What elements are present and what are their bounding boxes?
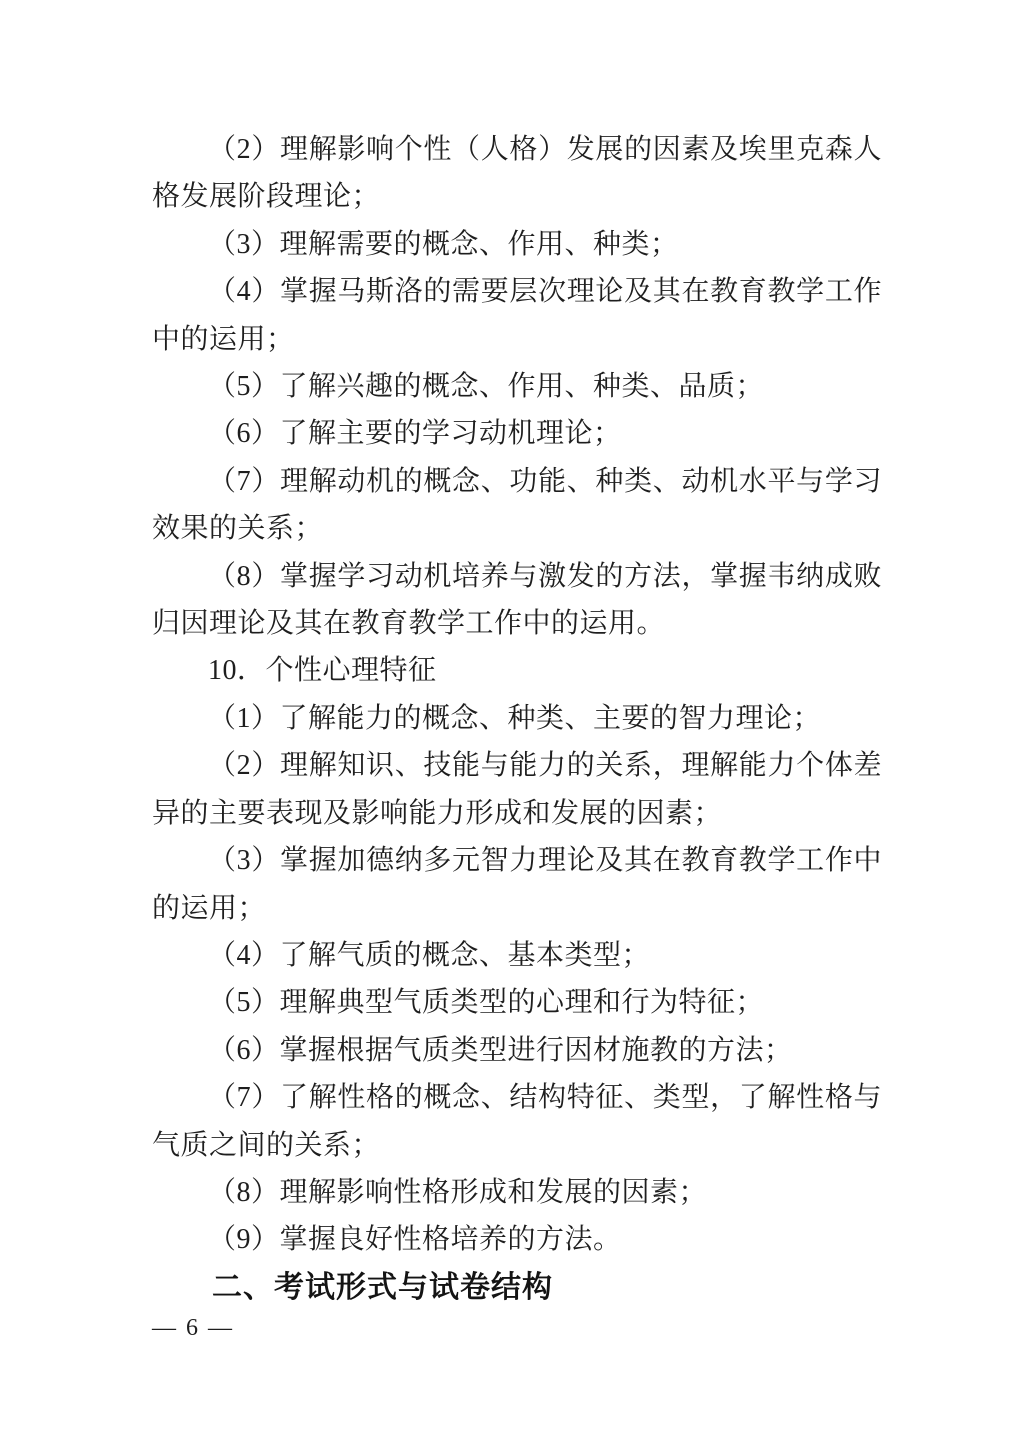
- page-number: — 6 —: [152, 1314, 234, 1342]
- paragraph: （3）理解需要的概念、作用、种类；: [152, 221, 882, 268]
- paragraph: （6）掌握根据气质类型进行因材施教的方法；: [152, 1027, 882, 1074]
- document-page: （2）理解影响个性（人格）发展的因素及埃里克森人格发展阶段理论；（3）理解需要的…: [0, 0, 1024, 1447]
- section-heading: 二、考试形式与试卷结构: [152, 1264, 882, 1311]
- paragraph: （3）掌握加德纳多元智力理论及其在教育教学工作中的运用；: [152, 837, 882, 932]
- paragraph: （2）理解影响个性（人格）发展的因素及埃里克森人格发展阶段理论；: [152, 126, 882, 221]
- paragraph: （5）了解兴趣的概念、作用、种类、品质；: [152, 363, 882, 410]
- paragraph: （5）理解典型气质类型的心理和行为特征；: [152, 979, 882, 1026]
- paragraph: （7）理解动机的概念、功能、种类、动机水平与学习效果的关系；: [152, 458, 882, 553]
- document-content: （2）理解影响个性（人格）发展的因素及埃里克森人格发展阶段理论；（3）理解需要的…: [152, 126, 882, 1311]
- paragraph: （8）理解影响性格形成和发展的因素；: [152, 1169, 882, 1216]
- paragraph: 10．个性心理特征: [152, 647, 882, 694]
- paragraph: （7）了解性格的概念、结构特征、类型，了解性格与气质之间的关系；: [152, 1074, 882, 1169]
- paragraph: （8）掌握学习动机培养与激发的方法，掌握韦纳成败归因理论及其在教育教学工作中的运…: [152, 553, 882, 648]
- paragraph: （9）掌握良好性格培养的方法。: [152, 1216, 882, 1263]
- paragraph: （1）了解能力的概念、种类、主要的智力理论；: [152, 695, 882, 742]
- paragraph: （2）理解知识、技能与能力的关系，理解能力个体差异的主要表现及影响能力形成和发展…: [152, 742, 882, 837]
- paragraph: （4）了解气质的概念、基本类型；: [152, 932, 882, 979]
- paragraph: （4）掌握马斯洛的需要层次理论及其在教育教学工作中的运用；: [152, 268, 882, 363]
- paragraph: （6）了解主要的学习动机理论；: [152, 410, 882, 457]
